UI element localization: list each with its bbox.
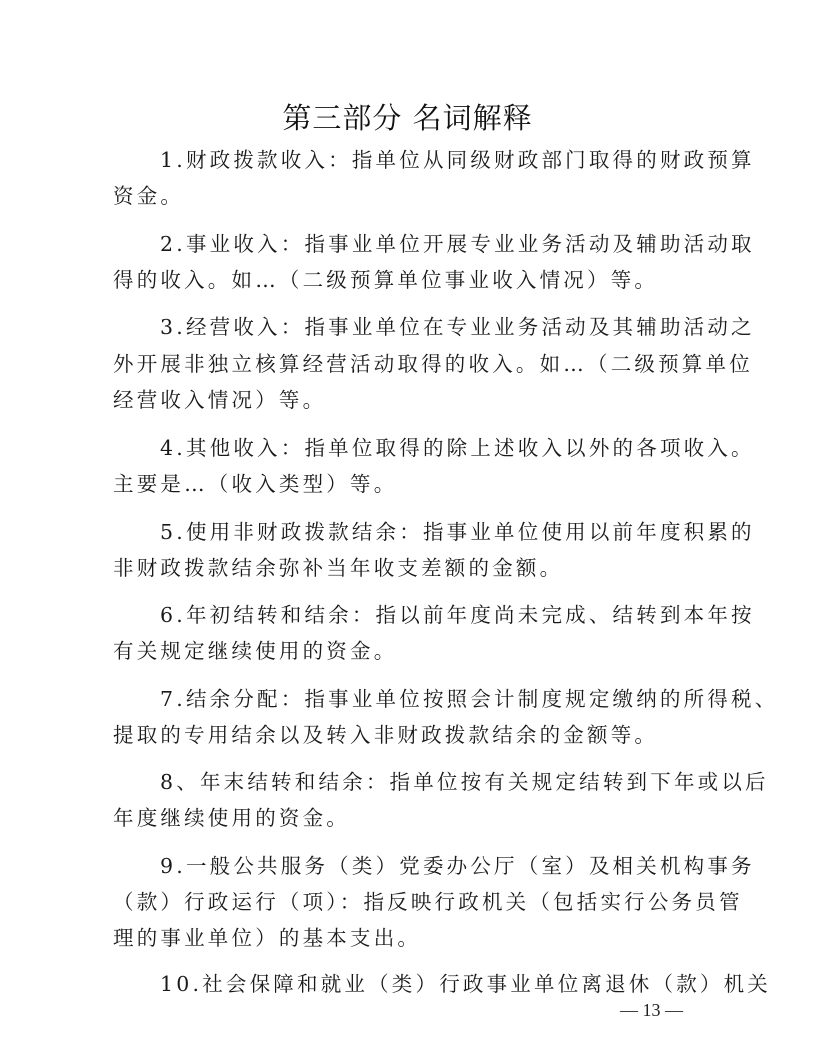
paragraph-line: 主要是…（收入类型）等。 [113, 470, 713, 498]
paragraph-first-line: 2.事业收入：指事业单位开展专业业务活动及辅助活动取 [160, 230, 760, 258]
paragraph-first-line: 9.一般公共服务（类）党委办公厅（室）及相关机构事务 [160, 852, 760, 880]
paragraph-line: （款）行政运行（项）：指反映行政机关（包括实行公务员管 [113, 888, 713, 916]
paragraph-line: 非财政拨款结余弥补当年收支差额的金额。 [113, 554, 713, 582]
paragraph-first-line: 5.使用非财政拨款结余：指事业单位使用以前年度积累的 [160, 518, 760, 546]
paragraph-line: 得的收入。如…（二级预算单位事业收入情况）等。 [113, 266, 713, 294]
paragraph-line: 外开展非独立核算经营活动取得的收入。如…（二级预算单位 [113, 350, 713, 378]
paragraph-line: 有关规定继续使用的资金。 [113, 637, 713, 665]
paragraph-line: 经营收入情况）等。 [113, 386, 713, 414]
paragraph-line: 资金。 [113, 182, 713, 210]
paragraph-first-line: 3.经营收入：指事业单位在专业业务活动及其辅助活动之 [160, 313, 760, 341]
paragraph-first-line: 6.年初结转和结余：指以前年度尚未完成、结转到本年按 [160, 601, 760, 629]
paragraph-line: 理的事业单位）的基本支出。 [113, 924, 713, 952]
page-title: 第三部分 名词解释 [0, 96, 815, 137]
paragraph-first-line: 7.结余分配：指事业单位按照会计制度规定缴纳的所得税、 [160, 685, 760, 713]
paragraph-first-line: 4.其他收入：指单位取得的除上述收入以外的各项收入。 [160, 434, 760, 462]
paragraph-line: 提取的专用结余以及转入非财政拨款结余的金额等。 [113, 721, 713, 749]
page-number: — 13 — [620, 1000, 683, 1021]
paragraph-first-line: 10.社会保障和就业（类）行政事业单位离退休（款）机关 [160, 970, 760, 998]
paragraph-first-line: 8、年末结转和结余：指单位按有关规定结转到下年或以后 [160, 768, 760, 796]
paragraph-first-line: 1.财政拨款收入：指单位从同级财政部门取得的财政预算 [160, 146, 760, 174]
document-page: 第三部分 名词解释 1.财政拨款收入：指单位从同级财政部门取得的财政预算资金。2… [0, 0, 815, 1055]
paragraph-line: 年度继续使用的资金。 [113, 804, 713, 832]
